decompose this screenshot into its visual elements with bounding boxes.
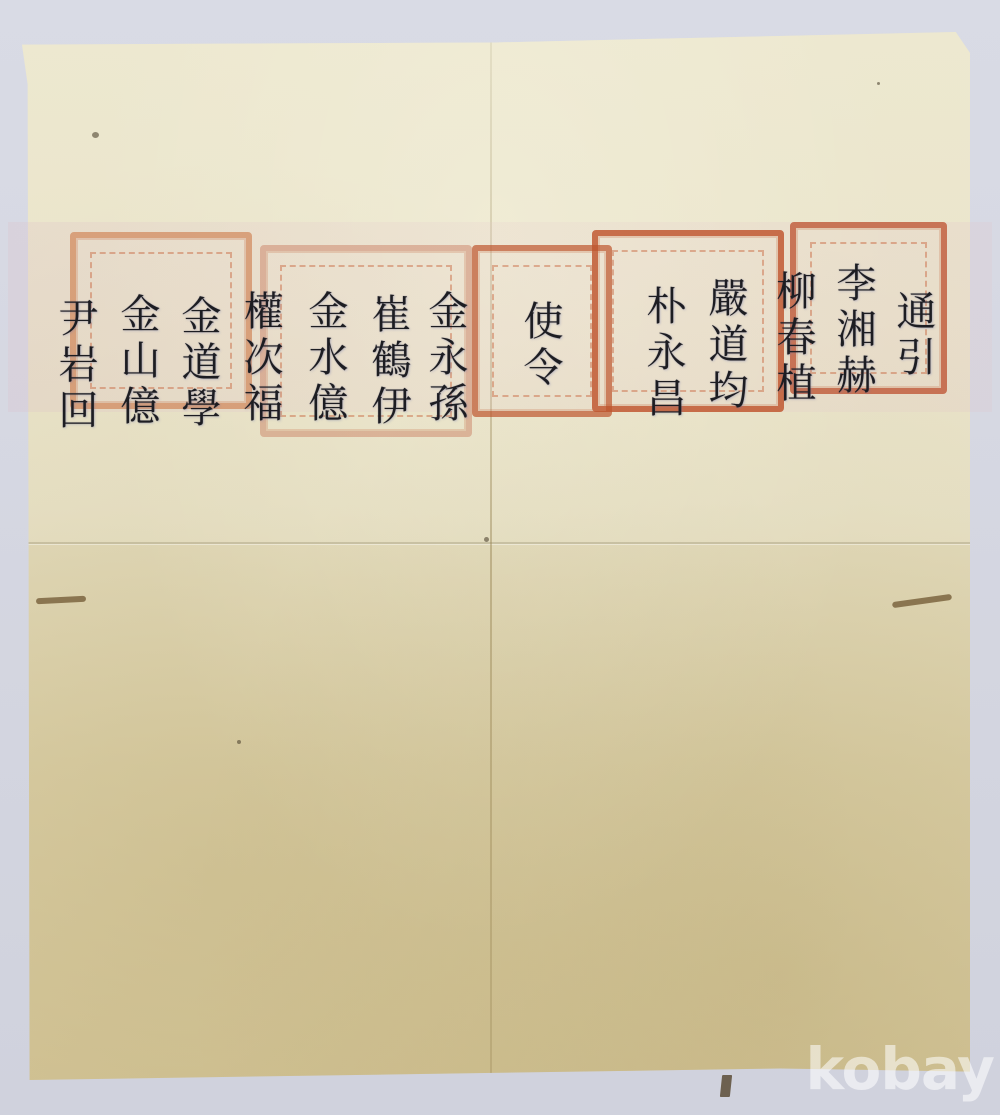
red-seal-stamp — [592, 230, 784, 412]
ink-spot — [92, 132, 99, 138]
column-name: 尹岩回 — [55, 297, 95, 435]
right-tear-mark — [892, 594, 952, 608]
vertical-fold-line — [490, 32, 492, 1080]
left-tear-mark — [36, 596, 86, 605]
column-name: 權次福 — [240, 290, 280, 428]
column-name: 崔鶴伊 — [368, 293, 408, 431]
horizontal-fold-line — [22, 542, 970, 544]
column-name: 金永孫 — [425, 290, 465, 428]
ink-spot — [877, 82, 880, 85]
column-name: 朴永昌 — [643, 285, 683, 423]
column-header-tongin: 通引 — [893, 290, 933, 382]
column-section-saryeong: 使令 — [520, 300, 560, 392]
document-paper — [22, 32, 970, 1080]
column-name: 金道學 — [178, 295, 218, 433]
ink-spot — [484, 537, 489, 542]
ink-spot — [237, 740, 241, 744]
column-name: 金山億 — [117, 293, 157, 431]
column-name: 金水億 — [305, 290, 345, 428]
watermark-logo: kobay — [805, 1035, 994, 1103]
column-name: 柳春植 — [773, 270, 813, 408]
column-name: 李湘赫 — [833, 262, 873, 400]
column-name: 嚴道均 — [705, 277, 745, 415]
